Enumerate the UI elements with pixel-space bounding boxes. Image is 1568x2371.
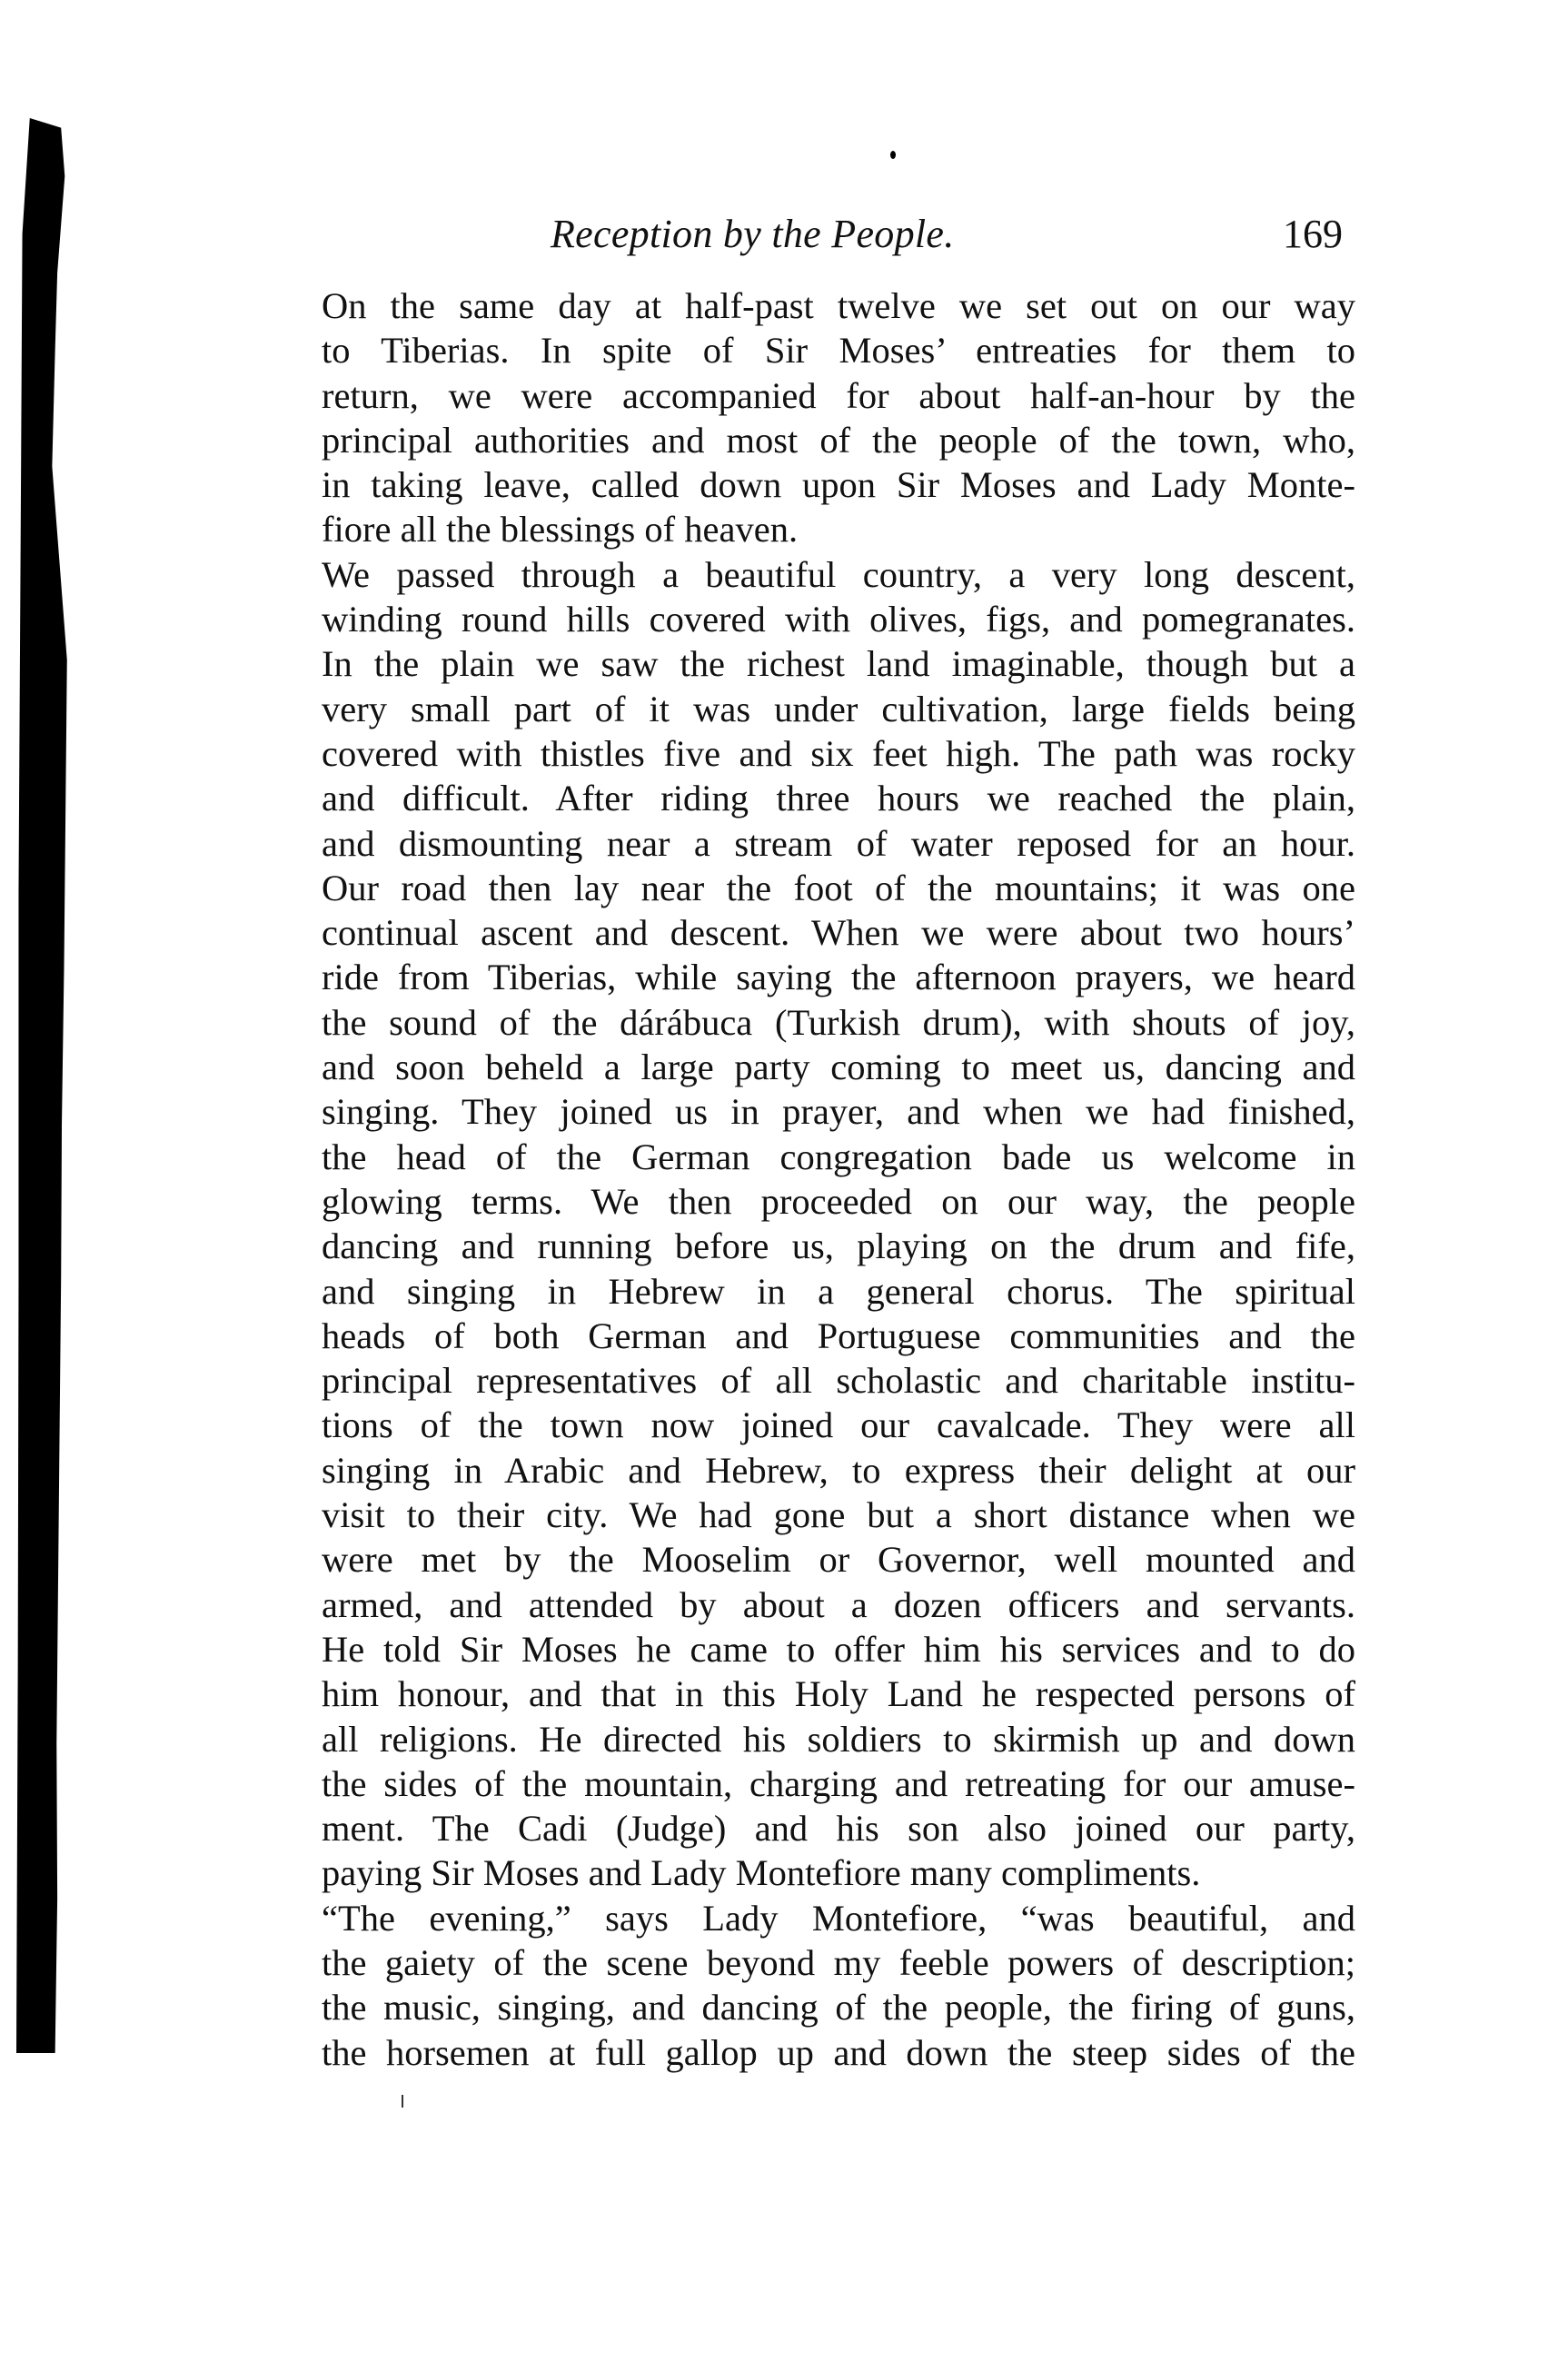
text-line: the head of the German congregation bade… <box>256 1135 1355 1179</box>
running-head: Reception by the People. 169 <box>551 211 1350 265</box>
text-line: glowing terms. We then proceeded on our … <box>256 1179 1355 1224</box>
text-line: him honour, and that in this Holy Land h… <box>256 1672 1355 1716</box>
text-line: and soon beheld a large party coming to … <box>256 1045 1355 1089</box>
text-line: ride from Tiberias, while saying the aft… <box>256 955 1355 999</box>
text-line: paying Sir Moses and Lady Montefiore man… <box>256 1850 1355 1895</box>
text-line: tions of the town now joined our cavalca… <box>256 1403 1355 1447</box>
paragraph-1: On the same day at half-past twelve we s… <box>256 283 1355 552</box>
text-line: all religions. He directed his soldiers … <box>256 1717 1355 1761</box>
page-number: 169 <box>1283 211 1343 257</box>
text-line: On the same day at half-past twelve we s… <box>256 283 1355 328</box>
text-line: the horsemen at full gallop up and down … <box>256 2030 1355 2075</box>
text-line: armed, and attended by about a dozen off… <box>256 1582 1355 1627</box>
scan-speck <box>890 151 896 159</box>
body-text: On the same day at half-past twelve we s… <box>256 283 1355 2075</box>
text-line: covered with thistles five and six feet … <box>256 731 1355 776</box>
text-line: were met by the Mooselim or Governor, we… <box>256 1537 1355 1582</box>
text-line: the gaiety of the scene beyond my feeble… <box>256 1940 1355 1985</box>
paragraph-3: “The evening,” says Lady Montefiore, “wa… <box>256 1896 1355 2075</box>
text-line: He told Sir Moses he came to offer him h… <box>256 1627 1355 1672</box>
text-line: the music, singing, and dancing of the p… <box>256 1985 1355 2029</box>
text-line: return, we were accompanied for about ha… <box>256 373 1355 418</box>
text-line: singing. They joined us in prayer, and w… <box>256 1089 1355 1134</box>
text-line: winding round hills covered with olives,… <box>256 597 1355 641</box>
text-line: Our road then lay near the foot of the m… <box>256 866 1355 910</box>
text-line: dancing and running before us, playing o… <box>256 1224 1355 1268</box>
text-line: principal authorities and most of the pe… <box>256 418 1355 462</box>
running-title: Reception by the People. <box>551 211 955 257</box>
text-line: ment. The Cadi (Judge) and his son also … <box>256 1806 1355 1850</box>
paragraph-2: We passed through a beautiful country, a… <box>256 552 1355 1896</box>
scan-mark <box>402 2095 403 2108</box>
text-line: and difficult. After riding three hours … <box>256 776 1355 820</box>
text-line: the sound of the dárábuca (Turkish drum)… <box>256 1000 1355 1045</box>
text-line: In the plain we saw the richest land ima… <box>256 641 1355 686</box>
text-line: and singing in Hebrew in a general choru… <box>256 1269 1355 1314</box>
text-line: We passed through a beautiful country, a… <box>256 552 1355 597</box>
text-line: principal representatives of all scholas… <box>256 1358 1355 1403</box>
text-line: very small part of it was under cultivat… <box>256 687 1355 731</box>
text-line: the sides of the mountain, charging and … <box>256 1761 1355 1806</box>
text-line: in taking leave, called down upon Sir Mo… <box>256 462 1355 507</box>
text-line: fiore all the blessings of heaven. <box>256 507 1355 551</box>
text-line: to Tiberias. In spite of Sir Moses’ entr… <box>256 328 1355 372</box>
scanned-binding-edge <box>16 118 91 2053</box>
text-line: continual ascent and descent. When we we… <box>256 910 1355 955</box>
text-line: heads of both German and Portuguese comm… <box>256 1314 1355 1358</box>
text-line: singing in Arabic and Hebrew, to express… <box>256 1448 1355 1493</box>
text-line: “The evening,” says Lady Montefiore, “wa… <box>256 1896 1355 1940</box>
text-line: and dismounting near a stream of water r… <box>256 821 1355 866</box>
text-line: visit to their city. We had gone but a s… <box>256 1493 1355 1537</box>
